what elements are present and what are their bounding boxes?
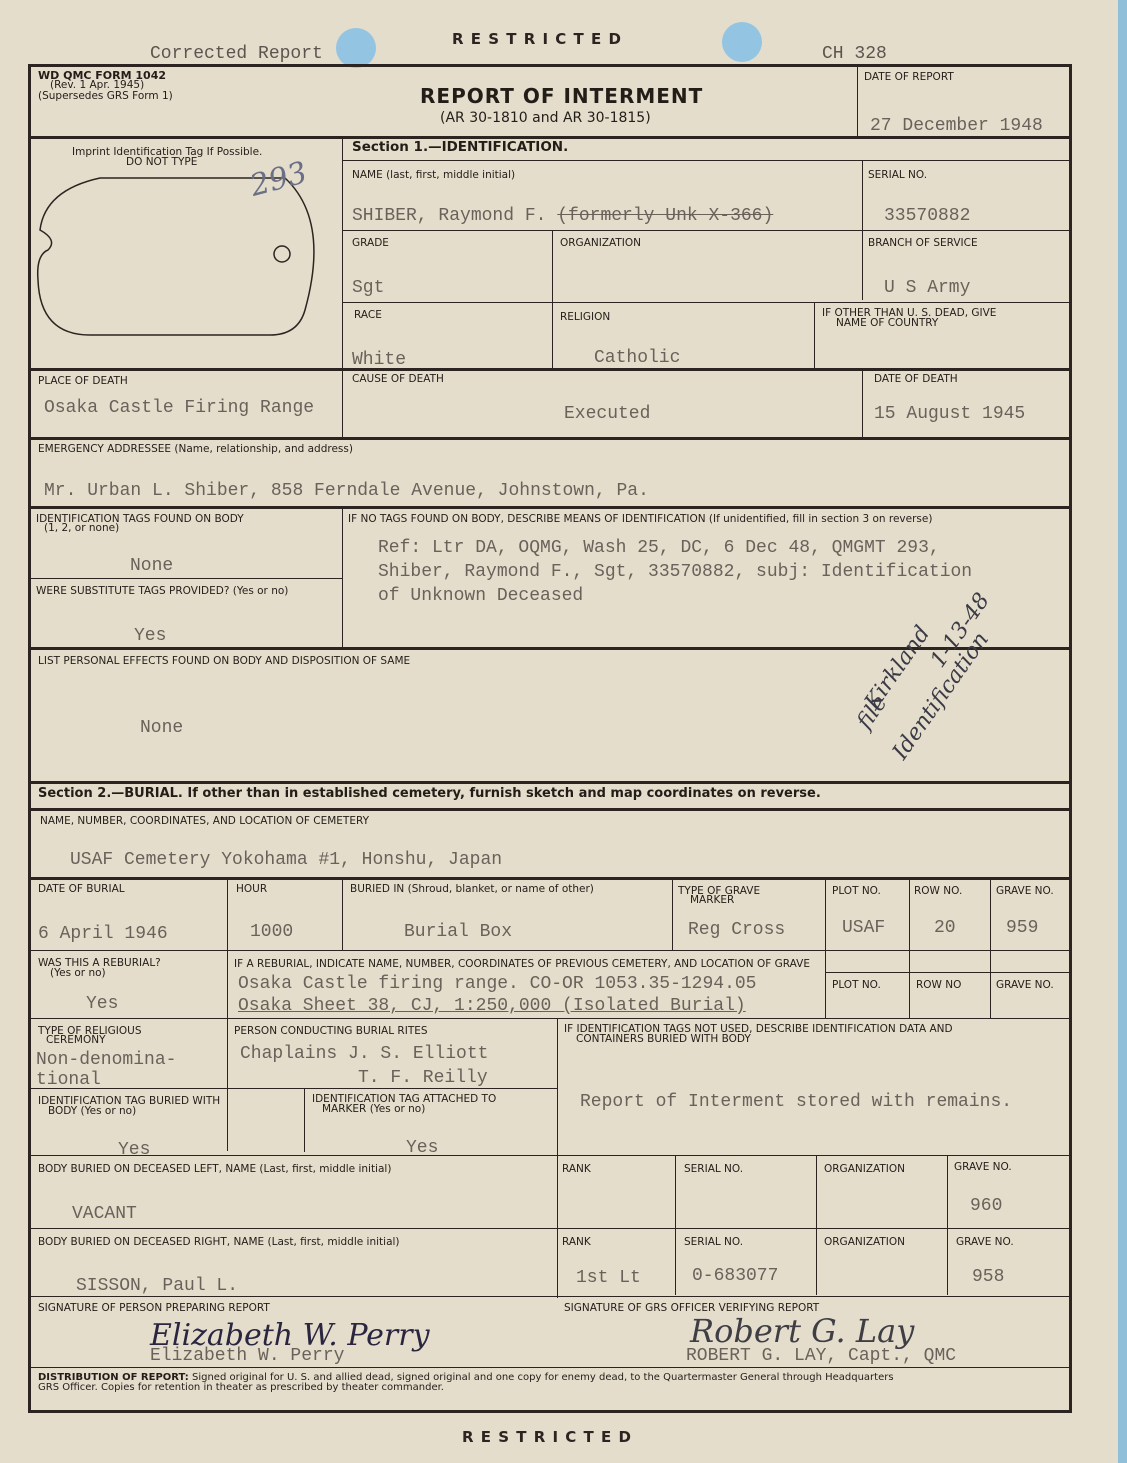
reburial-value: Yes: [86, 994, 118, 1014]
section-2-heading: Section 2.—BURIAL. If other than in esta…: [38, 788, 821, 799]
means-of-identification-label: IF NO TAGS FOUND ON BODY, DESCRIBE MEANS…: [348, 514, 932, 525]
containers-value: Report of Interment stored with remains.: [580, 1092, 1012, 1112]
date-of-death-label: DATE OF DEATH: [874, 374, 958, 385]
name-value: SHIBER, Raymond F. (formerly Unk X-366): [352, 206, 773, 226]
left-organization-label: ORGANIZATION: [824, 1164, 905, 1175]
previous-cemetery-label: IF A REBURIAL, INDICATE NAME, NUMBER, CO…: [234, 959, 810, 970]
religion-value: Catholic: [594, 348, 680, 368]
left-grave-value: 960: [970, 1196, 1002, 1216]
form-subtitle: (AR 30-1810 and AR 30-1815): [440, 110, 651, 126]
place-of-death-value: Osaka Castle Firing Range: [44, 398, 314, 418]
grade-value: Sgt: [352, 278, 384, 298]
file-code: CH 328: [822, 44, 887, 64]
organization-label: ORGANIZATION: [560, 238, 641, 249]
tags-found-value: None: [130, 556, 173, 576]
right-body-label: BODY BURIED ON DECEASED RIGHT, NAME (Las…: [38, 1237, 400, 1248]
name-label: NAME (last, first, middle initial): [352, 170, 515, 181]
emergency-value: Mr. Urban L. Shiber, 858 Ferndale Avenue…: [44, 481, 649, 501]
officer-signature: Robert G. Lay: [690, 1312, 914, 1350]
officer-typed-name: ROBERT G. LAY, Capt., QMC: [686, 1346, 956, 1366]
cause-of-death-value: Executed: [564, 404, 650, 424]
row-value: 20: [934, 918, 956, 938]
race-label: RACE: [354, 310, 382, 321]
previous-row-label: ROW NO: [916, 980, 961, 991]
hour-label: HOUR: [236, 884, 267, 895]
grave-label: GRAVE NO.: [996, 886, 1054, 897]
buried-in-label: BURIED IN (Shroud, blanket, or name of o…: [350, 884, 594, 895]
form-title: REPORT OF INTERMENT: [420, 84, 703, 108]
personal-effects-label: LIST PERSONAL EFFECTS FOUND ON BODY AND …: [38, 656, 410, 667]
right-serial-label: SERIAL NO.: [684, 1237, 743, 1248]
tag-marker-label-2: MARKER (Yes or no): [322, 1104, 425, 1115]
corrected-report-note: Corrected Report: [150, 44, 323, 64]
rites-label: PERSON CONDUCTING BURIAL RITES: [234, 1026, 428, 1037]
hour-value: 1000: [250, 922, 293, 942]
date-of-report-label: DATE OF REPORT: [864, 72, 954, 83]
serial-label: SERIAL NO.: [868, 170, 927, 181]
left-body-label: BODY BURIED ON DECEASED LEFT, NAME (Last…: [38, 1164, 391, 1175]
right-grave-value: 958: [972, 1267, 1004, 1287]
right-organization-label: ORGANIZATION: [824, 1237, 905, 1248]
form-supersedes: (Supersedes GRS Form 1): [38, 91, 173, 102]
race-value: White: [352, 350, 406, 370]
date-of-report-value: 27 December 1948: [870, 116, 1043, 136]
tag-imprint-label-2: DO NOT TYPE: [126, 157, 197, 168]
grave-marker-value: Reg Cross: [688, 920, 785, 940]
right-grave-label: GRAVE NO.: [956, 1237, 1014, 1248]
plot-label: PLOT NO.: [832, 886, 881, 897]
date-of-death-value: 15 August 1945: [874, 404, 1025, 424]
containers-label-2: CONTAINERS BURIED WITH BODY: [576, 1034, 751, 1045]
distribution-line-2: GRS Officer. Copies for retention in the…: [38, 1382, 444, 1393]
means-line-2: Shiber, Raymond F., Sgt, 33570882, subj:…: [378, 562, 972, 582]
row-label: ROW NO.: [914, 886, 962, 897]
classification-top: R E S T R I C T E D: [452, 30, 622, 48]
plot-value: USAF: [842, 918, 885, 938]
left-serial-label: SERIAL NO.: [684, 1164, 743, 1175]
cemetery-value: USAF Cemetery Yokohama #1, Honshu, Japan: [70, 850, 502, 870]
name-struck-former: (formerly Unk X-366): [557, 206, 773, 226]
preparer-typed-name: Elizabeth W. Perry: [150, 1346, 344, 1366]
tag-buried-label-2: BODY (Yes or no): [48, 1106, 136, 1117]
substitute-tags-label: WERE SUBSTITUTE TAGS PROVIDED? (Yes or n…: [36, 586, 288, 597]
right-rank-value: 1st Lt: [576, 1268, 641, 1288]
previous-plot-label: PLOT NO.: [832, 980, 881, 991]
left-grave-label: GRAVE NO.: [954, 1162, 1012, 1173]
country-label-2: NAME OF COUNTRY: [836, 318, 938, 329]
ceremony-line-2: tional: [36, 1070, 101, 1090]
grave-value: 959: [1006, 918, 1038, 938]
branch-value: U S Army: [884, 278, 970, 298]
name-current: SHIBER, Raymond F.: [352, 206, 546, 226]
punch-hole-left: [336, 28, 376, 68]
substitute-tags-value: Yes: [134, 626, 166, 646]
previous-cemetery-line-2: Osaka Sheet 38, CJ, 1:250,000 (Isolated …: [238, 996, 746, 1016]
date-of-burial-label: DATE OF BURIAL: [38, 884, 125, 895]
rites-line-2: T. F. Reilly: [358, 1068, 488, 1088]
punch-hole-right: [722, 22, 762, 62]
previous-grave-label: GRAVE NO.: [996, 980, 1054, 991]
branch-label: BRANCH OF SERVICE: [868, 238, 978, 249]
reburial-label-2: (Yes or no): [50, 968, 106, 979]
buried-in-value: Burial Box: [404, 922, 512, 942]
previous-cemetery-line-1: Osaka Castle firing range. CO-OR 1053.35…: [238, 974, 756, 994]
date-of-burial-value: 6 April 1946: [38, 924, 168, 944]
ceremony-line-1: Non-denomina-: [36, 1050, 176, 1070]
right-serial-value: 0-683077: [692, 1266, 778, 1286]
rites-line-1: Chaplains J. S. Elliott: [240, 1044, 488, 1064]
section-1-heading: Section 1.—IDENTIFICATION.: [352, 142, 568, 153]
emergency-label: EMERGENCY ADDRESSEE (Name, relationship,…: [38, 444, 353, 455]
serial-value: 33570882: [884, 206, 970, 226]
cause-of-death-label: CAUSE OF DEATH: [352, 374, 444, 385]
classification-bottom: R E S T R I C T E D: [462, 1428, 632, 1446]
religion-label: RELIGION: [560, 312, 610, 323]
tag-buried-value: Yes: [118, 1140, 150, 1160]
left-body-name: VACANT: [72, 1204, 137, 1224]
means-line-3: of Unknown Deceased: [378, 586, 583, 606]
ceremony-label-2: CEREMONY: [46, 1035, 106, 1046]
tags-found-label-2: (1, 2, or none): [44, 523, 119, 534]
place-of-death-label: PLACE OF DEATH: [38, 376, 128, 387]
right-body-name: SISSON, Paul L.: [76, 1276, 238, 1296]
personal-effects-value: None: [140, 718, 183, 738]
means-line-1: Ref: Ltr DA, OQMG, Wash 25, DC, 6 Dec 48…: [378, 538, 940, 558]
document-page: R E S T R I C T E D Corrected Report CH …: [0, 0, 1118, 1463]
preparer-signature-label: SIGNATURE OF PERSON PREPARING REPORT: [38, 1303, 270, 1314]
right-rank-label: RANK: [562, 1237, 591, 1248]
grade-label: GRADE: [352, 238, 389, 249]
left-rank-label: RANK: [562, 1164, 591, 1175]
cemetery-label: NAME, NUMBER, COORDINATES, AND LOCATION …: [40, 816, 369, 827]
grave-marker-label-2: MARKER: [690, 895, 734, 906]
